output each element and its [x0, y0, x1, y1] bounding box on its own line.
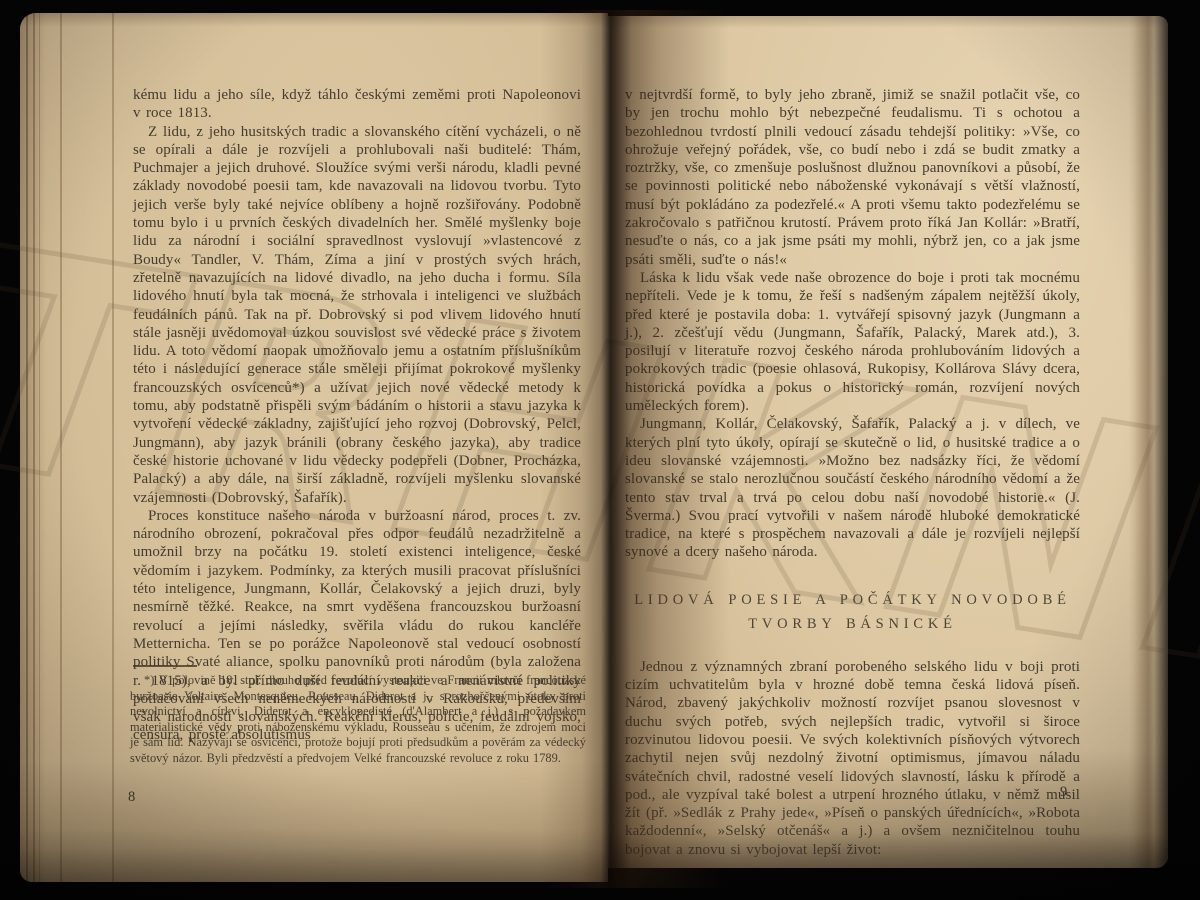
book-photo: { "watermark": { "text": "TRHKNIH" }, "l… — [0, 0, 1200, 900]
chapter-heading-line1: LIDOVÁ POESIE A POČÁTKY NOVODOBÉ — [625, 588, 1080, 612]
footnote-separator — [133, 665, 197, 667]
chapter-heading: LIDOVÁ POESIE A POČÁTKY NOVODOBÉ TVORBY … — [625, 588, 1080, 636]
page-number-right: 9 — [1060, 784, 1067, 801]
left-paragraph-2: Z lidu, z jeho husitských tradic a slova… — [133, 123, 581, 507]
right-page: v nejtvrdší formě, to byly jeho zbraně, … — [608, 16, 1168, 868]
right-paragraph-4: Jednou z významných zbraní porobeného se… — [625, 658, 1080, 859]
left-paragraph-continuation: kému lidu a jeho síle, když táhlo českým… — [133, 86, 581, 123]
footnote: *) V polovině 18. stol. dlouho před revo… — [130, 673, 586, 767]
page-number-left: 8 — [128, 789, 135, 806]
right-paragraph-3: Jungmann, Kollár, Čelakovský, Šafařík, P… — [625, 415, 1080, 561]
chapter-heading-line2: TVORBY BÁSNICKÉ — [625, 612, 1080, 636]
right-page-text: v nejtvrdší formě, to byly jeho zbraně, … — [625, 86, 1080, 859]
left-page: kému lidu a jeho síle, když táhlo českým… — [20, 13, 608, 882]
right-paragraph-continuation: v nejtvrdší formě, to byly jeho zbraně, … — [625, 86, 1080, 269]
right-paragraph-2: Láska k lidu však vede naše obrozence do… — [625, 269, 1080, 415]
left-page-text: kému lidu a jeho síle, když táhlo českým… — [133, 86, 581, 745]
